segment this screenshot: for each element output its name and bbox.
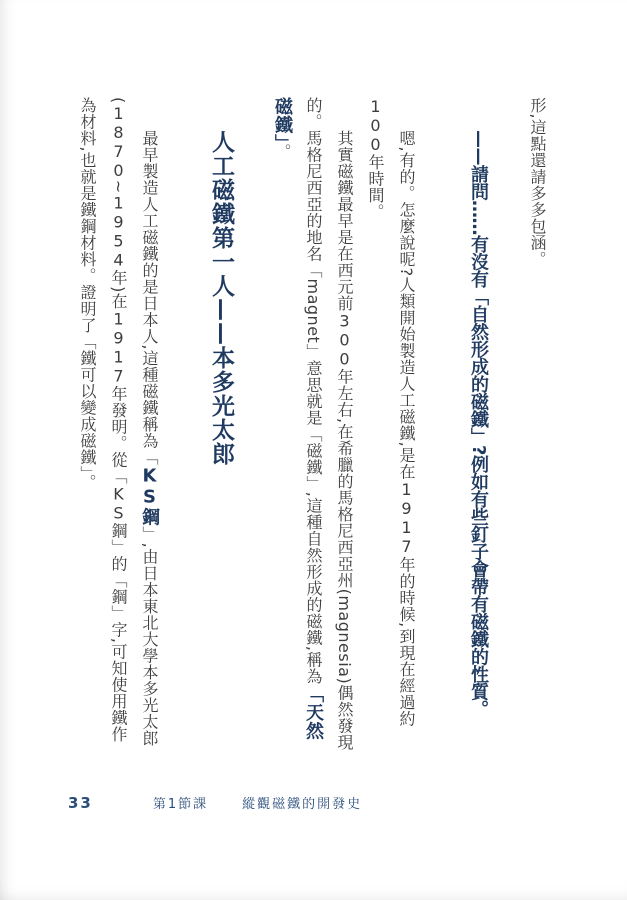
article-text: 形,這點還請多多包涵。——請問……有沒有「自然形成的磁鐵」?例如有些釘子會帶有磁… bbox=[72, 97, 553, 755]
paragraph: 嗯,有的。怎麼說呢?人類開始製造人工磁鐵,是在1917年的時候,到現在經過約10… bbox=[360, 97, 422, 755]
book-page: 形,這點還請多多包涵。——請問……有沒有「自然形成的磁鐵」?例如有些釘子會帶有磁… bbox=[0, 0, 627, 900]
chapter-title: 縱觀磁鐵的開發史 bbox=[242, 793, 362, 812]
paragraph: 其實磁鐵最早是在西元前300年左右,在希臘的馬格尼西亞州(magnesia)偶然… bbox=[267, 97, 360, 755]
text-run: 。 bbox=[273, 144, 292, 161]
paragraph: 最早製造人工磁鐵的是日本人,這種磁鐵稱為「KS鋼」,由日本東北大學本多光太郎(1… bbox=[72, 97, 165, 755]
text-run: ——請問……有沒有「自然形成的磁鐵」?例如有些釘子會帶有磁鐵的性質。 bbox=[468, 130, 489, 717]
chapter-label: 第1節課 bbox=[153, 793, 208, 812]
text-run: 最早製造人工磁鐵的是日本人,這種磁鐵稱為「 bbox=[140, 130, 159, 466]
page-footer: 33 第1節課 縱觀磁鐵的開發史 bbox=[68, 793, 362, 812]
text-run: 人工磁鐵第一人——本多光太郎 bbox=[208, 130, 234, 466]
page-number: 33 bbox=[68, 794, 93, 812]
dialogue-question: ——請問……有沒有「自然形成的磁鐵」?例如有些釘子會帶有磁鐵的性質。 bbox=[462, 97, 494, 755]
emphasized-term: KS鋼 bbox=[139, 466, 160, 527]
paragraph: 形,這點還請多多包涵。 bbox=[522, 97, 553, 755]
text-run: 形,這點還請多多包涵。 bbox=[528, 97, 547, 268]
text-run: 其實磁鐵最早是在西元前300年左右,在希臘的馬格尼西亞州(magnesia)偶然… bbox=[304, 97, 354, 750]
text-run: 嗯,有的。怎麼說呢?人類開始製造人工磁鐵,是在1917年的時候,到現在經過約10… bbox=[366, 97, 416, 727]
section-heading: 人工磁鐵第一人——本多光太郎 bbox=[201, 97, 241, 755]
